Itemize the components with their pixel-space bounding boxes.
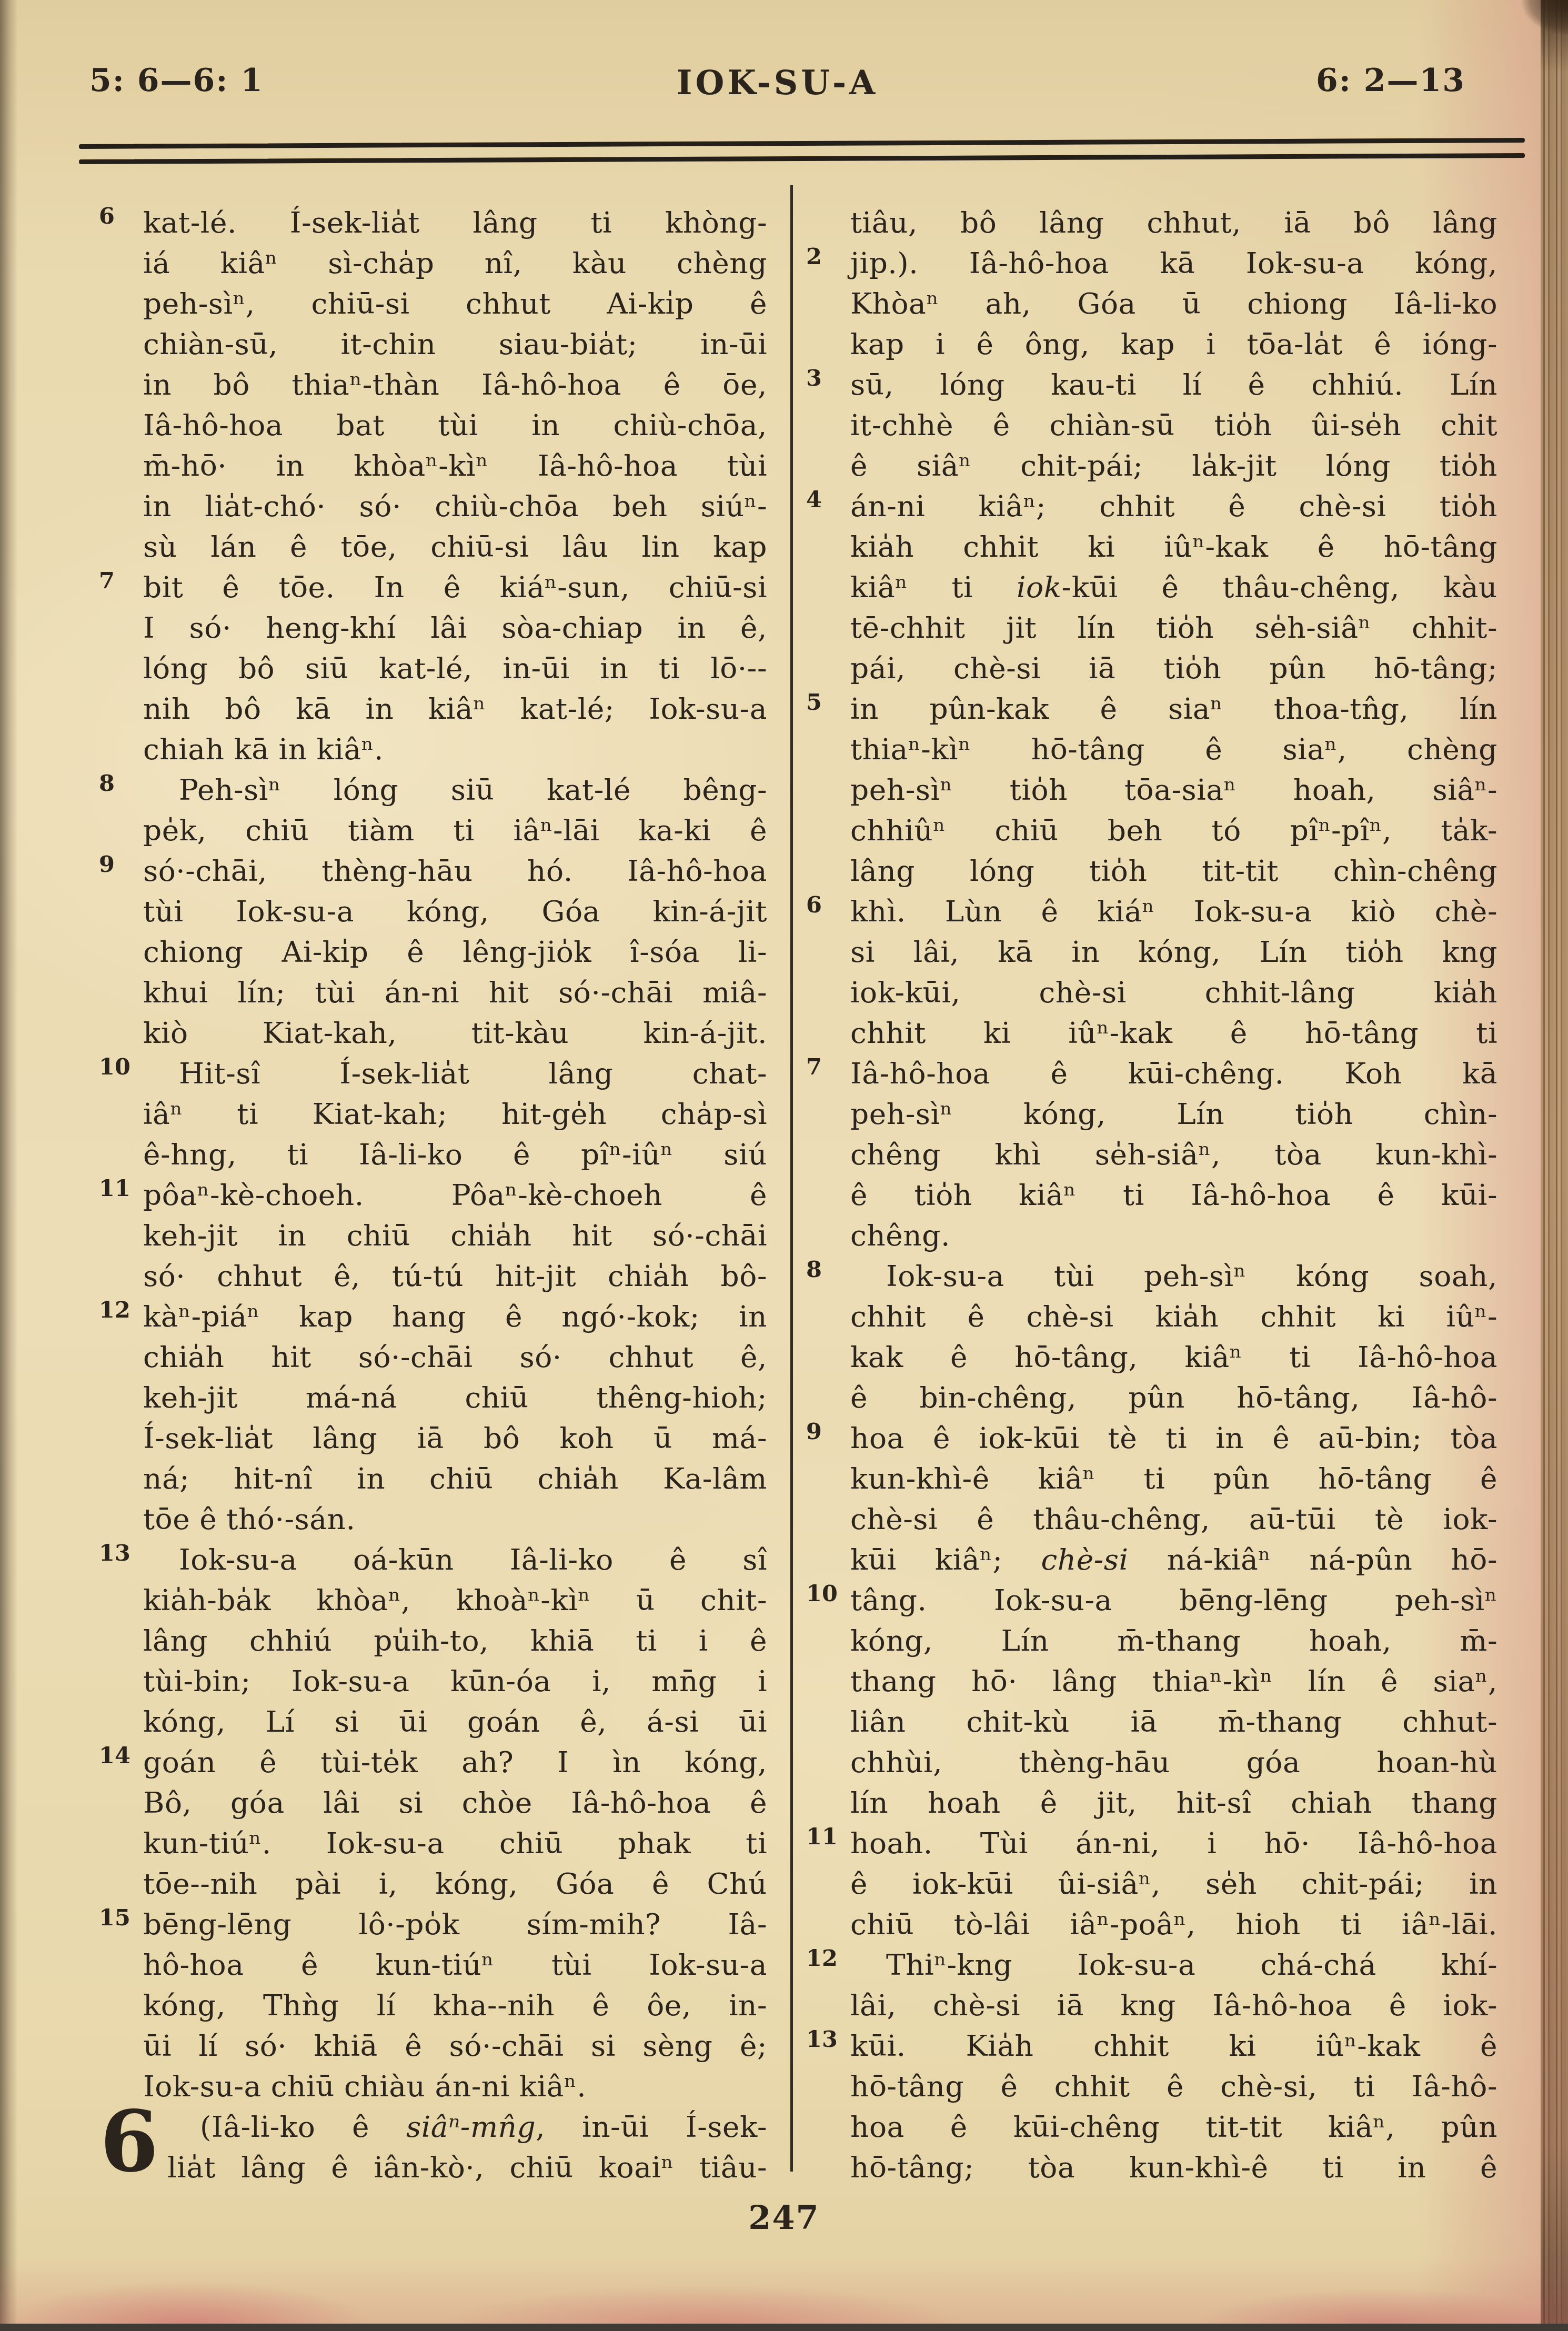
verse-text: ê tio̍h kiâⁿ ti Iâ-hô-hoa ê kūi- — [850, 1178, 1497, 1212]
verse-text: kóng, Lín m̄-thang hoah, m̄- — [850, 1624, 1497, 1657]
verse-text: peh-sìⁿ, chiū-si chhut Ai-ki̍p ê — [143, 287, 767, 320]
verse-number: 13 — [99, 1542, 138, 1565]
text-line: tōe--nih pài i, kóng, Góa ê Chú — [143, 1864, 767, 1904]
verse-text: in pûn-kak ê siaⁿ thoa-tn̂g, lín — [850, 692, 1497, 726]
verse-text: pái, chè-si iā tio̍h pûn hō-tâng; — [850, 651, 1497, 685]
text-line: 11pôaⁿ-kè-choeh. Pôaⁿ-kè-choeh ê — [143, 1175, 767, 1215]
text-line: peh-sìⁿ kóng, Lín tio̍h chìn- — [850, 1094, 1497, 1134]
text-line: ê iok-kūi ûi-siâⁿ, se̍h chit-pái; in — [850, 1864, 1497, 1904]
verse-text: só· chhut ê, tú-tú hit-jit chia̍h bô- — [143, 1259, 767, 1293]
verse-text: Khòaⁿ ah, Góa ū chiong Iâ-li-ko — [850, 287, 1497, 320]
dark-corner-top-right — [1505, 0, 1568, 47]
verse-text: chiàn-sū, it-chin siau-bia̍t; in-ūi — [143, 327, 767, 361]
verse-text: Iok-su-a tùi peh-sìⁿ kóng soah, — [886, 1259, 1497, 1293]
text-line: chiah kā in kiâⁿ. — [143, 729, 767, 770]
verse-text: bēng-lēng lô·-po̍k sím-mih? Iâ- — [143, 1907, 767, 1941]
right-text-column: tiâu, bô lâng chhut, iā bô lâng2jip.). I… — [850, 203, 1497, 2188]
verse-text: só·-chāi, thèng-hāu hó. Iâ-hô-hoa — [143, 854, 767, 888]
verse-text: chhiûⁿ chiū beh tó pîⁿ-pîⁿ, ta̍k- — [850, 813, 1497, 847]
text-line: 9hoa ê iok-kūi tè ti in ê aū-bin; tòa — [850, 1418, 1497, 1459]
rule-bottom — [79, 153, 1525, 164]
text-line: kun-khì-ê kiâⁿ ti pûn hō-tâng ê — [850, 1459, 1497, 1499]
verse-text: goán ê tùi-te̍k ah? I ìn kóng, — [143, 1745, 767, 1779]
verse-text: iá kiâⁿ sì-cha̍p nî, kàu chèng — [143, 246, 767, 280]
verse-text: tōe--nih pài i, kóng, Góa ê Chú — [143, 1867, 767, 1901]
text-line: kóng, Lín m̄-thang hoah, m̄- — [850, 1621, 1497, 1661]
verse-text: kóng, Thǹg lí kha--nih ê ôe, in- — [143, 1988, 767, 2022]
verse-number: 2 — [806, 246, 845, 268]
verse-number: 10 — [99, 1056, 138, 1079]
text-line: 8Iok-su-a tùi peh-sìⁿ kóng soah, — [850, 1256, 1497, 1297]
text-line: hô-hoa ê kun-tiúⁿ tùi Iok-su-a — [143, 1945, 767, 1985]
verse-text: nih bô kā in kiâⁿ kat-lé; Iok-su-a — [143, 692, 767, 726]
text-line: 8Peh-sìⁿ lóng siū kat-lé bêng- — [143, 770, 767, 810]
text-line: si lâi, kā in kóng, Lín tio̍h kng — [850, 932, 1497, 972]
verse-text: ê bin-chêng, pûn hō-tâng, Iâ-hô- — [850, 1381, 1497, 1414]
verse-text: jip.). Iâ-hô-hoa kā Iok-su-a kóng, — [850, 246, 1497, 280]
verse-number: 7 — [99, 570, 138, 592]
verse-number: 6 — [806, 894, 845, 917]
text-line: lia̍t lâng ê iân-kò·, chiū koaiⁿ tiâu- — [143, 2147, 767, 2188]
text-line: chiū tò-lâi iâⁿ-poâⁿ, hioh ti iâⁿ-lāi. — [850, 1904, 1497, 1945]
verse-text: it-chhè ê chiàn-sū tio̍h ûi-se̍h chit — [850, 408, 1497, 442]
text-line: Iâ-hô-hoa bat tùi in chiù-chōa, — [143, 405, 767, 446]
verse-number: 12 — [806, 1947, 845, 1970]
text-line: keh-jit in chiū chia̍h hit só·-chāi — [143, 1215, 767, 1256]
text-line: kiò Kiat-kah, tit-kàu kin-á-jit. — [143, 1013, 767, 1053]
text-line: hō-tâng; tòa kun-khì-ê ti in ê — [850, 2147, 1497, 2188]
verse-text: chêng khì se̍h-siâⁿ, tòa kun-khì- — [850, 1138, 1497, 1171]
verse-text: lia̍t lâng ê iân-kò·, chiū koaiⁿ tiâu- — [167, 2151, 767, 2184]
verse-text: hō-tâng; tòa kun-khì-ê ti in ê — [850, 2151, 1497, 2184]
verse-text: kūi. Kia̍h chhit ki iûⁿ-kak ê — [850, 2029, 1497, 2063]
book-title: IOK-SU-A — [89, 63, 1465, 102]
verse-text: tiâu, bô lâng chhut, iā bô lâng — [850, 206, 1497, 239]
verse-text: m̄-hō· in khòaⁿ-kìⁿ Iâ-hô-hoa tùi — [143, 449, 767, 483]
text-line: 6(Iâ-li-ko ê siâⁿ-mn̂g, in-ūi Í-sek- — [143, 2107, 767, 2147]
text-line: 15bēng-lēng lô·-po̍k sím-mih? Iâ- — [143, 1904, 767, 1945]
text-line: m̄-hō· in khòaⁿ-kìⁿ Iâ-hô-hoa tùi — [143, 446, 767, 486]
text-line: 12kàⁿ-piáⁿ kap hang ê ngó·-kok; in — [143, 1297, 767, 1337]
text-line: lín hoah ê jit, hit-sî chiah thang — [850, 1783, 1497, 1823]
verse-number: 15 — [99, 1907, 138, 1930]
text-line: chêng. — [850, 1215, 1497, 1256]
verse-text: si lâi, kā in kóng, Lín tio̍h kng — [850, 935, 1497, 969]
text-line: ná; hit-nî in chiū chia̍h Ka-lâm — [143, 1459, 767, 1499]
text-line: iâⁿ ti Kiat-kah; hit-ge̍h cha̍p-sì — [143, 1094, 767, 1134]
page-number: 247 — [0, 2198, 1568, 2237]
verse-text: in bô thiaⁿ-thàn Iâ-hô-hoa ê ōe, — [143, 368, 767, 401]
text-line: iok-kūi, chè-si chhit-lâng kia̍h — [850, 972, 1497, 1013]
verse-text: pôaⁿ-kè-choeh. Pôaⁿ-kè-choeh ê — [143, 1178, 767, 1212]
verse-text: kat-lé. Í-sek-lia̍t lâng ti khòng- — [143, 206, 767, 239]
verse-text: kak ê hō-tâng, kiâⁿ ti Iâ-hô-hoa — [850, 1340, 1497, 1374]
text-line: chhit ê chè-si kia̍h chhit ki iûⁿ- — [850, 1297, 1497, 1337]
verse-text: hoa ê kūi-chêng tit-tit kiâⁿ, pûn — [850, 2110, 1497, 2144]
text-line: chia̍h hit só·-chāi só· chhut ê, — [143, 1337, 767, 1378]
verse-text: sù lán ê tōe, chiū-si lâu lin kap — [143, 530, 767, 564]
text-line: hoa ê kūi-chêng tit-tit kiâⁿ, pûn — [850, 2107, 1497, 2147]
verse-text: I só· heng-khí lâi sòa-chiap in ê, — [143, 611, 767, 645]
verse-text: lín hoah ê jit, hit-sî chiah thang — [850, 1786, 1497, 1820]
verse-text: kun-tiúⁿ. Iok-su-a chiū phak ti — [143, 1826, 767, 1860]
text-line: 3sū, lóng kau-ti lí ê chhiú. Lín — [850, 365, 1497, 405]
verse-text: ê iok-kūi ûi-siâⁿ, se̍h chit-pái; in — [850, 1867, 1497, 1901]
text-line: Khòaⁿ ah, Góa ū chiong Iâ-li-ko — [850, 284, 1497, 324]
verse-text: kap i ê ông, kap i tōa-la̍t ê ióng- — [850, 327, 1497, 361]
text-line: 14goán ê tùi-te̍k ah? I ìn kóng, — [143, 1742, 767, 1783]
text-line: peh-sìⁿ, chiū-si chhut Ai-ki̍p ê — [143, 284, 767, 324]
verse-text: peh-sìⁿ kóng, Lín tio̍h chìn- — [850, 1097, 1497, 1131]
verse-text: ê-hng, ti Iâ-li-ko ê pîⁿ-iûⁿ siú — [143, 1138, 767, 1171]
verse-text: chiong Ai-ki̍p ê lêng-jio̍k î-sóa li- — [143, 935, 767, 969]
verse-text: Iok-su-a oá-kūn Iâ-li-ko ê sî — [179, 1543, 767, 1576]
text-line: in bô thiaⁿ-thàn Iâ-hô-hoa ê ōe, — [143, 365, 767, 405]
verse-number: 9 — [99, 853, 138, 876]
text-line: só· chhut ê, tú-tú hit-jit chia̍h bô- — [143, 1256, 767, 1297]
verse-number: 11 — [99, 1178, 138, 1200]
verse-text: kia̍h chhit ki iûⁿ-kak ê hō-tâng — [850, 530, 1497, 564]
verse-text: án-ni kiâⁿ; chhit ê chè-si tio̍h — [850, 489, 1497, 523]
text-line: 10tâng. Iok-su-a bēng-lēng peh-sìⁿ — [850, 1580, 1497, 1621]
verse-text: chia̍h hit só·-chāi só· chhut ê, — [143, 1340, 767, 1374]
text-line: tiâu, bô lâng chhut, iā bô lâng — [850, 203, 1497, 243]
text-line: 9só·-chāi, thèng-hāu hó. Iâ-hô-hoa — [143, 851, 767, 891]
scanned-book-page: 5: 6—6: 1 IOK-SU-A 6: 2—13 6kat-lé. Í-se… — [0, 0, 1568, 2331]
text-line: sù lán ê tōe, chiū-si lâu lin kap — [143, 527, 767, 567]
text-line: kap i ê ông, kap i tōa-la̍t ê ióng- — [850, 324, 1497, 365]
verse-text: iok-kūi, chè-si chhit-lâng kia̍h — [850, 976, 1497, 1009]
text-line: I só· heng-khí lâi sòa-chiap in ê, — [143, 608, 767, 648]
verse-text: lóng bô siū kat-lé, in-ūi in ti lō·-- — [143, 651, 767, 685]
text-line: 7Iâ-hô-hoa ê kūi-chêng. Koh kā — [850, 1053, 1497, 1094]
verse-text: Iâ-hô-hoa ê kūi-chêng. Koh kā — [850, 1057, 1497, 1090]
text-line: ê-hng, ti Iâ-li-ko ê pîⁿ-iûⁿ siú — [143, 1134, 767, 1175]
verse-text: lâng lóng tio̍h tit-tit chìn-chêng — [850, 854, 1497, 888]
verse-number: 6 — [99, 205, 138, 228]
text-line: in lia̍t-chó· só· chiù-chōa beh siúⁿ- — [143, 486, 767, 527]
text-line: ê siâⁿ chit-pái; la̍k-jit lóng tio̍h — [850, 446, 1497, 486]
verse-text: kóng, Lí si ūi goán ê, á-si ūi — [143, 1705, 767, 1739]
verse-text: tâng. Iok-su-a bēng-lēng peh-sìⁿ — [850, 1583, 1497, 1617]
text-line: 2jip.). Iâ-hô-hoa kā Iok-su-a kóng, — [850, 243, 1497, 284]
verse-text: kia̍h-ba̍k khòaⁿ, khoàⁿ-kìⁿ ū chit- — [143, 1583, 767, 1617]
text-line: thiaⁿ-kìⁿ hō-tâng ê siaⁿ, chèng — [850, 729, 1497, 770]
text-line: lâng chhiú pu̍ih-to, khiā ti i ê — [143, 1621, 767, 1661]
text-line: 10Hit-sî Í-sek-lia̍t lâng chat- — [143, 1053, 767, 1094]
binding-shadow — [0, 0, 18, 2331]
verse-text: thang hō· lâng thiaⁿ-kìⁿ lín ê siaⁿ, — [850, 1664, 1497, 1698]
verse-text: kiò Kiat-kah, tit-kàu kin-á-jit. — [143, 1016, 767, 1050]
verse-text: chhùi, thèng-hāu góa hoan-hù — [850, 1745, 1497, 1779]
text-line: 6khì. Lùn ê kiáⁿ Iok-su-a kiò chè- — [850, 891, 1497, 932]
verse-text: lâi, chè-si iā kng Iâ-hô-hoa ê iok- — [850, 1988, 1497, 2022]
verse-text: Hit-sî Í-sek-lia̍t lâng chat- — [179, 1057, 767, 1090]
verse-text: hō-tâng ê chhit ê chè-si, ti Iâ-hô- — [850, 2069, 1497, 2103]
bottom-edge-shadow — [0, 2324, 1568, 2331]
text-line: 7bit ê tōe. In ê kiáⁿ-sun, chiū-si — [143, 567, 767, 608]
text-line: Bô, góa lâi si chòe Iâ-hô-hoa ê — [143, 1783, 767, 1823]
text-line: Í-sek-lia̍t lâng iā bô koh ū má- — [143, 1418, 767, 1459]
text-line: 5in pûn-kak ê siaⁿ thoa-tn̂g, lín — [850, 689, 1497, 729]
text-line: kiâⁿ ti iok-kūi ê thâu-chêng, kàu — [850, 567, 1497, 608]
text-line: ê bin-chêng, pûn hō-tâng, Iâ-hô- — [850, 1378, 1497, 1418]
verse-text: Bô, góa lâi si chòe Iâ-hô-hoa ê — [143, 1786, 767, 1820]
text-line: iá kiâⁿ sì-cha̍p nî, kàu chèng — [143, 243, 767, 284]
verse-number: 3 — [806, 367, 845, 390]
verse-number: 11 — [806, 1826, 845, 1848]
text-line: nih bô kā in kiâⁿ kat-lé; Iok-su-a — [143, 689, 767, 729]
text-line: it-chhè ê chiàn-sū tio̍h ûi-se̍h chit — [850, 405, 1497, 446]
text-line: 13Iok-su-a oá-kūn Iâ-li-ko ê sî — [143, 1540, 767, 1580]
text-line: tē-chhit jit lín tio̍h se̍h-siâⁿ chhit- — [850, 608, 1497, 648]
verse-text: chhit ki iûⁿ-kak ê hō-tâng ti — [850, 1016, 1497, 1050]
verse-text: chêng. — [850, 1219, 950, 1252]
text-line: tùi Iok-su-a kóng, Góa kin-á-jit — [143, 891, 767, 932]
text-line: kun-tiúⁿ. Iok-su-a chiū phak ti — [143, 1823, 767, 1864]
verse-text: in lia̍t-chó· só· chiù-chōa beh siúⁿ- — [143, 489, 767, 523]
text-line: pái, chè-si iā tio̍h pûn hō-tâng; — [850, 648, 1497, 689]
text-line: peh-sìⁿ tio̍h tōa-siaⁿ hoah, siâⁿ- — [850, 770, 1497, 810]
verse-text: chiū tò-lâi iâⁿ-poâⁿ, hioh ti iâⁿ-lāi. — [850, 1907, 1497, 1941]
text-line: lâi, chè-si iā kng Iâ-hô-hoa ê iok- — [850, 1985, 1497, 2026]
text-line: keh-jit má-ná chiū thêng-hioh; — [143, 1378, 767, 1418]
verse-text: hô-hoa ê kun-tiúⁿ tùi Iok-su-a — [143, 1948, 767, 1982]
verse-number: 12 — [99, 1299, 138, 1322]
text-line: hō-tâng ê chhit ê chè-si, ti Iâ-hô- — [850, 2066, 1497, 2107]
verse-number: 5 — [806, 691, 845, 714]
verse-text: kàⁿ-piáⁿ kap hang ê ngó·-kok; in — [143, 1300, 767, 1333]
text-line: kóng, Thǹg lí kha--nih ê ôe, in- — [143, 1985, 767, 2026]
text-line: chhiûⁿ chiū beh tó pîⁿ-pîⁿ, ta̍k- — [850, 810, 1497, 851]
text-line: 6kat-lé. Í-sek-lia̍t lâng ti khòng- — [143, 203, 767, 243]
verse-number: 13 — [806, 2028, 845, 2051]
verse-text: Peh-sìⁿ lóng siū kat-lé bêng- — [179, 773, 767, 807]
text-line: chiong Ai-ki̍p ê lêng-jio̍k î-sóa li- — [143, 932, 767, 972]
text-line: chêng khì se̍h-siâⁿ, tòa kun-khì- — [850, 1134, 1497, 1175]
verse-text: liân chit-kù iā m̄-thang chhut- — [850, 1705, 1497, 1739]
text-line: chiàn-sū, it-chin siau-bia̍t; in-ūi — [143, 324, 767, 365]
verse-text: tē-chhit jit lín tio̍h se̍h-siâⁿ chhit- — [850, 611, 1497, 645]
verse-text: kiâⁿ ti iok-kūi ê thâu-chêng, kàu — [850, 570, 1497, 604]
verse-text: peh-sìⁿ tio̍h tōa-siaⁿ hoah, siâⁿ- — [850, 773, 1497, 807]
text-line: 13kūi. Kia̍h chhit ki iûⁿ-kak ê — [850, 2026, 1497, 2066]
left-text-column: 6kat-lé. Í-sek-lia̍t lâng ti khòng-iá ki… — [143, 203, 767, 2188]
verse-text: keh-jit má-ná chiū thêng-hioh; — [143, 1381, 767, 1414]
verse-text: hoah. Tùi án-ni, i hō· Iâ-hô-hoa — [850, 1826, 1497, 1860]
verse-text: keh-jit in chiū chia̍h hit só·-chāi — [143, 1219, 767, 1252]
red-stain-bottom — [0, 2256, 1568, 2325]
text-line: Iok-su-a chiū chiàu án-ni kiâⁿ. — [143, 2066, 767, 2107]
book-page-edges — [1541, 0, 1568, 2331]
text-line: tùi-bin; Iok-su-a kūn-óa i, mn̄g i — [143, 1661, 767, 1702]
text-line: 4án-ni kiâⁿ; chhit ê chè-si tio̍h — [850, 486, 1497, 527]
text-line: chhit ki iûⁿ-kak ê hō-tâng ti — [850, 1013, 1497, 1053]
verse-text: pe̍k, chiū tiàm ti iâⁿ-lāi ka-ki ê — [143, 813, 767, 847]
verse-number: 8 — [99, 772, 138, 795]
verse-text: chhit ê chè-si kia̍h chhit ki iûⁿ- — [850, 1300, 1497, 1333]
page-header: 5: 6—6: 1 IOK-SU-A 6: 2—13 — [89, 62, 1465, 104]
verse-text: (Iâ-li-ko ê siâⁿ-mn̂g, in-ūi Í-sek- — [200, 2110, 767, 2144]
text-line: pe̍k, chiū tiàm ti iâⁿ-lāi ka-ki ê — [143, 810, 767, 851]
verse-text: sū, lóng kau-ti lí ê chhiú. Lín — [850, 368, 1497, 401]
verse-text: Iâ-hô-hoa bat tùi in chiù-chōa, — [143, 408, 767, 442]
text-line: chè-si ê thâu-chêng, aū-tūi tè iok- — [850, 1499, 1497, 1540]
text-line: kak ê hō-tâng, kiâⁿ ti Iâ-hô-hoa — [850, 1337, 1497, 1378]
text-line: kóng, Lí si ūi goán ê, á-si ūi — [143, 1702, 767, 1742]
chapter-verse-ref-right: 6: 2—13 — [1316, 62, 1465, 99]
text-line: ê tio̍h kiâⁿ ti Iâ-hô-hoa ê kūi- — [850, 1175, 1497, 1215]
verse-text: chiah kā in kiâⁿ. — [143, 732, 384, 766]
text-line: kia̍h-ba̍k khòaⁿ, khoàⁿ-kìⁿ ū chit- — [143, 1580, 767, 1621]
verse-text: bit ê tōe. In ê kiáⁿ-sun, chiū-si — [143, 570, 767, 604]
verse-text: khui lín; tùi án-ni hit só·-chāi miâ- — [143, 976, 767, 1009]
text-line: ūi lí só· khiā ê só·-chāi si sèng ê; — [143, 2026, 767, 2066]
verse-text: hoa ê iok-kūi tè ti in ê aū-bin; tòa — [850, 1421, 1497, 1455]
verse-text: chè-si ê thâu-chêng, aū-tūi tè iok- — [850, 1502, 1497, 1536]
verse-number: 9 — [806, 1421, 845, 1443]
text-line: lâng lóng tio̍h tit-tit chìn-chêng — [850, 851, 1497, 891]
verse-text: tōe ê thó·-sán. — [143, 1502, 355, 1536]
text-line: tōe ê thó·-sán. — [143, 1499, 767, 1540]
text-line: khui lín; tùi án-ni hit só·-chāi miâ- — [143, 972, 767, 1013]
verse-number: 10 — [806, 1583, 845, 1605]
verse-text: ūi lí só· khiā ê só·-chāi si sèng ê; — [143, 2029, 767, 2063]
column-divider — [790, 185, 793, 2172]
verse-text: Í-sek-lia̍t lâng iā bô koh ū má- — [143, 1421, 767, 1455]
verse-text: ê siâⁿ chit-pái; la̍k-jit lóng tio̍h — [850, 449, 1497, 483]
verse-text: thiaⁿ-kìⁿ hō-tâng ê siaⁿ, chèng — [850, 732, 1497, 766]
verse-number: 14 — [99, 1745, 138, 1767]
verse-number: 4 — [806, 489, 845, 511]
verse-text: kūi kiâⁿ; chè-si ná-kiâⁿ ná-pûn hō- — [850, 1543, 1497, 1576]
text-line: 11hoah. Tùi án-ni, i hō· Iâ-hô-hoa — [850, 1823, 1497, 1864]
verse-number: 8 — [806, 1259, 845, 1281]
verse-text: lâng chhiú pu̍ih-to, khiā ti i ê — [143, 1624, 767, 1657]
text-line: lóng bô siū kat-lé, in-ūi in ti lō·-- — [143, 648, 767, 689]
text-line: kia̍h chhit ki iûⁿ-kak ê hō-tâng — [850, 527, 1497, 567]
text-line: chhùi, thèng-hāu góa hoan-hù — [850, 1742, 1497, 1783]
verse-text: tùi Iok-su-a kóng, Góa kin-á-jit — [143, 895, 767, 928]
verse-text: tùi-bin; Iok-su-a kūn-óa i, mn̄g i — [143, 1664, 767, 1698]
text-line: 12Thiⁿ-kng Iok-su-a chá-chá khí- — [850, 1945, 1497, 1985]
verse-text: kun-khì-ê kiâⁿ ti pûn hō-tâng ê — [850, 1462, 1497, 1495]
verse-text: Thiⁿ-kng Iok-su-a chá-chá khí- — [886, 1948, 1497, 1982]
text-line: kūi kiâⁿ; chè-si ná-kiâⁿ ná-pûn hō- — [850, 1540, 1497, 1580]
verse-text: ná; hit-nî in chiū chia̍h Ka-lâm — [143, 1462, 767, 1495]
verse-text: iâⁿ ti Kiat-kah; hit-ge̍h cha̍p-sì — [143, 1097, 767, 1131]
verse-text: khì. Lùn ê kiáⁿ Iok-su-a kiò chè- — [850, 895, 1497, 928]
header-double-rule — [79, 138, 1525, 164]
rule-top — [79, 138, 1525, 149]
verse-number: 7 — [806, 1056, 845, 1079]
text-line: thang hō· lâng thiaⁿ-kìⁿ lín ê siaⁿ, — [850, 1661, 1497, 1702]
text-line: liân chit-kù iā m̄-thang chhut- — [850, 1702, 1497, 1742]
verse-text: Iok-su-a chiū chiàu án-ni kiâⁿ. — [143, 2069, 586, 2103]
